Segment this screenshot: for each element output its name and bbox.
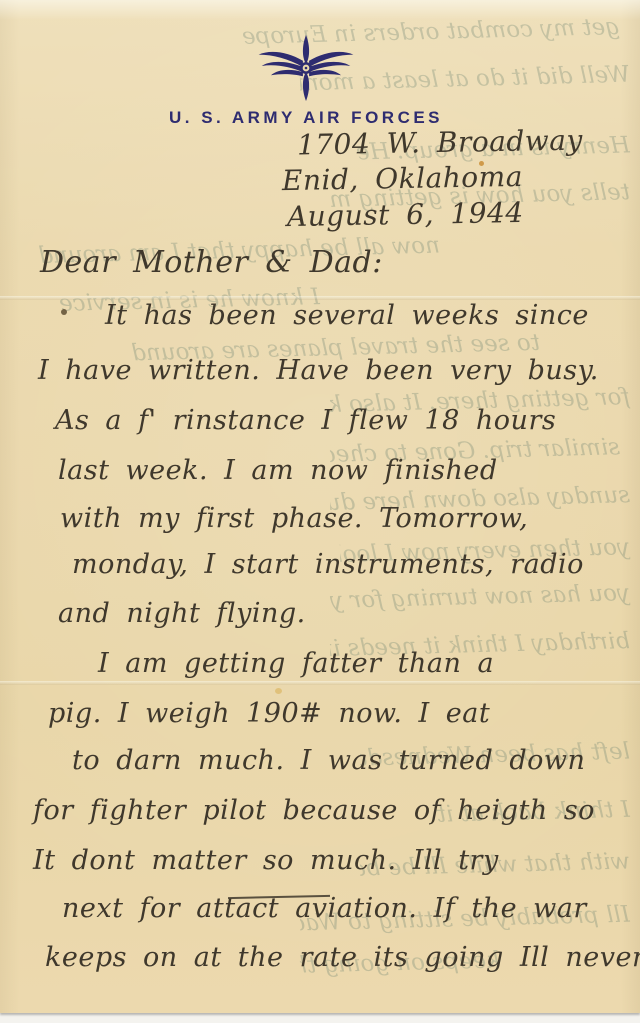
salutation: Dear Mother & Dad: <box>40 245 383 280</box>
letter-line: next for attact aviation. If the war <box>62 893 587 924</box>
letterhead: U. S. ARMY AIR FORCES <box>0 34 612 128</box>
letter-line: last week. I am now finished <box>58 455 498 486</box>
letter-line: monday, I start instruments, radio <box>72 549 584 580</box>
paper-top-edge <box>0 0 640 20</box>
winged-propeller-emblem-icon <box>254 34 358 102</box>
letter-line: I am getting fatter than a <box>98 648 494 679</box>
letter-line: pig. I weigh 190# now. I eat <box>48 698 490 729</box>
letter-line: I have written. Have been very busy. <box>38 355 599 386</box>
letter-line: and night flying. <box>58 598 306 629</box>
fold-crease <box>0 681 640 685</box>
letter-line: to darn much. I was turned down <box>72 745 585 776</box>
letter-page: get my combat orders in Europe Well did … <box>0 0 640 1023</box>
letter-line: keeps on at the rate its going Ill never <box>45 942 640 973</box>
address-line: Enid, Oklahoma <box>282 160 523 197</box>
address-line: 1704 W. Broadway <box>297 124 583 162</box>
ink-speck <box>61 309 67 315</box>
date-line: August 6, 1944 <box>287 196 524 233</box>
letter-line: It dont matter so much. Ill try <box>33 845 499 876</box>
letter-line: As a f' rinstance I flew 18 hours <box>55 405 556 436</box>
letter-line: with my first phase. Tomorrow, <box>60 503 528 534</box>
letter-line: It has been several weeks since <box>105 300 589 331</box>
letter-line: for fighter pilot because of heigth so <box>33 795 595 826</box>
paper-stain <box>275 688 282 694</box>
